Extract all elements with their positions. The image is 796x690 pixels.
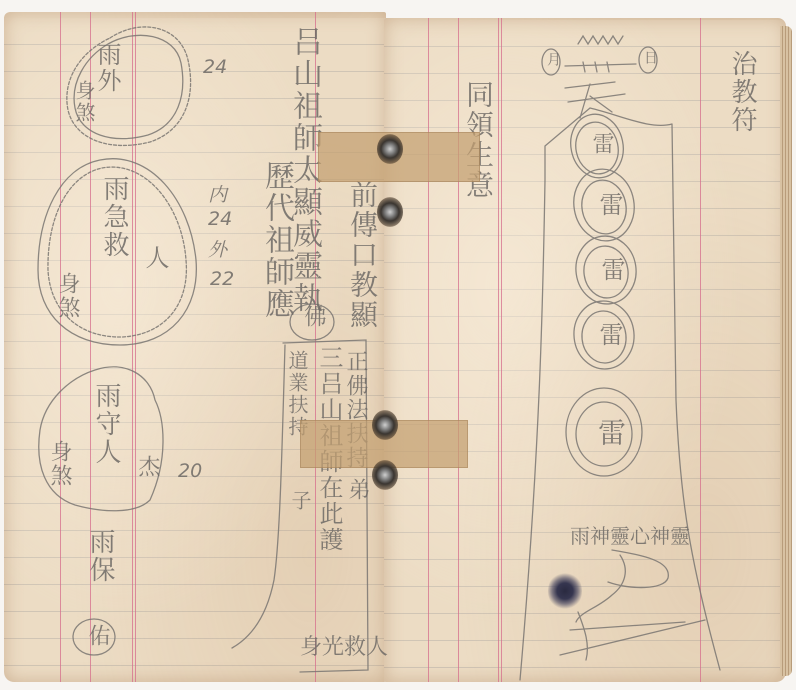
moon-char: 月 [543,52,563,72]
right-right-column: 治教符 [724,50,761,160]
page-edges [780,26,792,676]
circled-lei-5: 雷 [590,418,630,452]
circled-lei-2: 雷 [592,192,627,222]
number-top: 24 [203,56,227,78]
margin-line [60,12,61,682]
talisman-middle-side: 身煞 [52,272,83,342]
margin-line [135,12,136,682]
number-bottom: 20 [178,460,202,482]
margin-line [700,18,701,682]
circled-lei-1: 雷 [586,132,617,162]
label-inner: 内 [208,180,227,207]
circled-lei-3: 雷 [594,257,629,287]
circled-you-char: 佑 [82,624,113,654]
staple [377,197,403,227]
circled-lei-4: 雷 [592,322,627,352]
circled-fo-char: 佛 [298,305,329,335]
talisman-middle-chars: 雨急救 [96,175,133,335]
staple [372,410,398,440]
number-inner: 24 [208,208,232,230]
column-right: 前傳口教顯 [342,180,382,340]
column-ancestors: 歷代祖師應 [254,160,298,360]
box-bottom-text: 身光救人 [300,630,388,661]
staple [372,460,398,490]
margin-line [132,12,133,682]
bottom-chars: 雨神靈心神靈 [570,520,690,549]
talisman-top-side: 身煞 [70,80,99,140]
talisman-middle-ren: 人 [138,245,173,305]
staple [377,134,403,164]
ink-blot [548,570,582,612]
talisman-bottom-chars: 雨守人 [88,382,125,492]
margin-line [501,18,502,682]
label-outer: 外 [208,235,227,262]
box-char-zi: 子 [286,490,315,520]
margin-line [428,18,429,682]
bottom-left-column: 雨保 [82,528,119,628]
notebook-spread: 雨外 身煞 雨急救 人 身煞 雨守人 杰 身煞 雨保 佑 24 内 24 外 2… [0,0,796,690]
sun-char: 日 [640,50,660,70]
number-outer: 22 [210,268,234,290]
talisman-bottom-jie: 杰 [132,455,163,495]
talisman-bottom-side: 身煞 [44,440,75,510]
margin-line [498,18,499,682]
